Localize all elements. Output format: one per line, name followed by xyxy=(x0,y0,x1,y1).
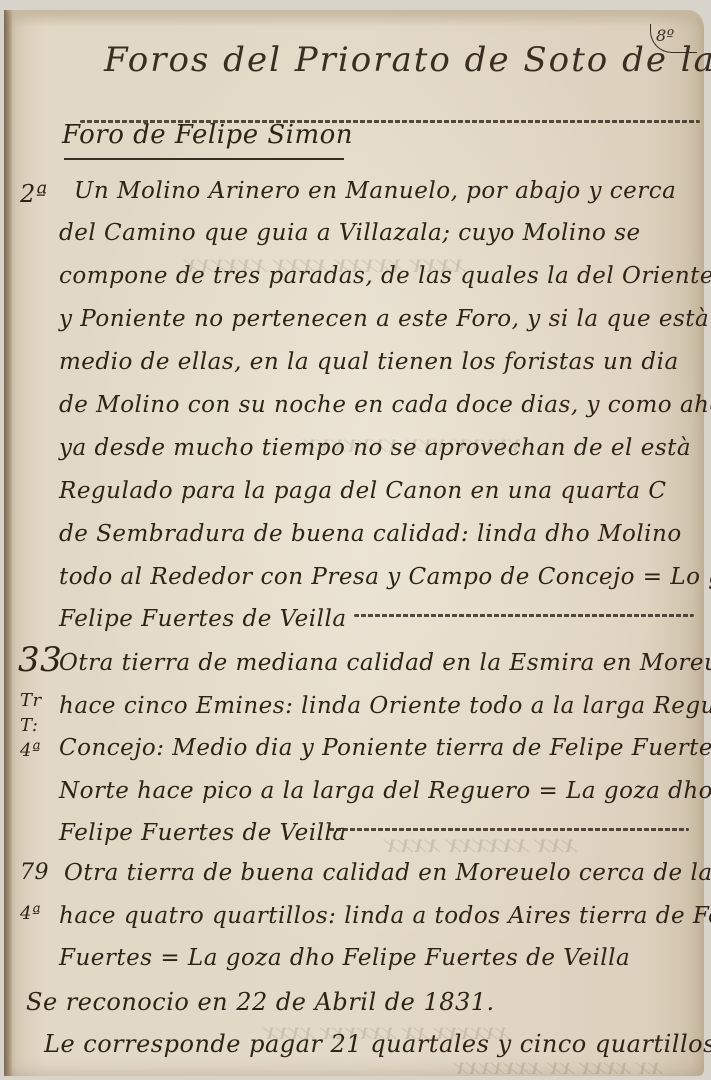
binding-shadow xyxy=(4,10,12,1076)
margin-note: T: xyxy=(20,715,38,736)
line-filler xyxy=(354,614,694,617)
margin-note: 4ª xyxy=(20,740,41,761)
margin-note: Tr xyxy=(20,690,42,711)
line-filler xyxy=(329,828,689,831)
entry-line: Otra tierra de buena calidad en Moreuelo… xyxy=(64,860,711,886)
payment-note: Le corresponde pagar 21 quartales y cinc… xyxy=(44,1030,711,1058)
entry-line: Otra tierra de mediana calidad en la Esm… xyxy=(59,650,711,676)
entry-number: 33 xyxy=(18,640,62,680)
entry-line: Concejo: Medio dia y Poniente tierra de … xyxy=(59,735,711,761)
entry-line: Regulado para la paga del Canon en una q… xyxy=(59,478,667,504)
entry-line: hace quatro quartillos: linda a todos Ai… xyxy=(59,903,711,929)
manuscript-page: xxxx xxxxx xxxx xxxxxx xxxxx xxx xxxxxxx… xyxy=(4,10,704,1076)
entry-line: Felipe Fuertes de Veilla xyxy=(59,606,347,632)
page-title: Foros del Priorato de Soto de la Vega. xyxy=(104,40,711,80)
section-title: Foro de Felipe Simon xyxy=(62,120,353,150)
entry-line: todo al Rededor con Presa y Campo de Con… xyxy=(59,564,711,590)
entry-line: compone de tres paradas, de las quales l… xyxy=(59,263,711,289)
entry-line: Un Molino Arinero en Manuelo, por abajo … xyxy=(74,178,676,204)
entry-line: Fuertes = La goza dho Felipe Fuertes de … xyxy=(59,945,630,971)
entry-line: Felipe Fuertes de Veilla xyxy=(59,820,347,846)
entry-number: 2ª xyxy=(20,180,48,208)
entry-number: 79 xyxy=(20,860,49,885)
entry-line: medio de ellas, en la qual tienen los fo… xyxy=(59,349,679,375)
entry-line: de Molino con su noche en cada doce dias… xyxy=(59,392,711,418)
bleed-through-text: xx xxxx xx xxxxxxx xyxy=(450,1055,665,1080)
section-underline xyxy=(64,158,344,160)
margin-note: 4ª xyxy=(20,903,41,924)
entry-line: Norte hace pico a la larga del Reguero =… xyxy=(59,778,711,804)
page-top-edge xyxy=(4,10,704,26)
entry-line: hace cinco Emines: linda Oriente todo a … xyxy=(59,693,711,719)
entry-line: de Sembradura de buena calidad: linda dh… xyxy=(59,521,682,547)
entry-line: y Poniente no pertenecen a este Foro, y … xyxy=(59,306,711,332)
entry-line: del Camino que guia a Villazala; cuyo Mo… xyxy=(59,220,641,246)
recognition-date: Se reconocio en 22 de Abril de 1831. xyxy=(26,988,495,1016)
bleed-through-text: xxx xxxxxx xxxx xyxy=(379,830,579,858)
entry-line: ya desde mucho tiempo no se aprovechan d… xyxy=(59,435,691,461)
